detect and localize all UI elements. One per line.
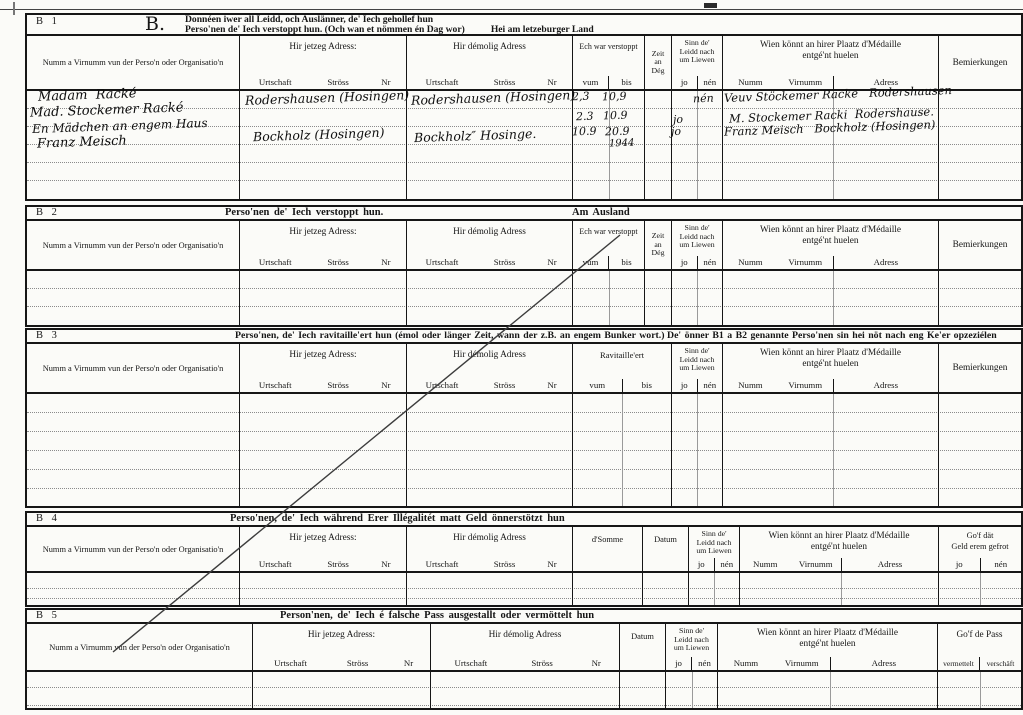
sub-urtschaft: Urtschaft: [240, 379, 310, 392]
hw-bis-row3: 10.9: [603, 110, 628, 122]
sub-stross: Ströss: [310, 379, 365, 392]
sub-vum: vum: [573, 76, 608, 89]
hw-name-row4: Franz Meisch: [37, 134, 127, 150]
col-medal-recipient: Wien könnt an hirer Plaatz d'Médailleent…: [722, 221, 938, 269]
title-line-2: Perso'nen de' Iech verstoppt hun. (Och w…: [185, 25, 594, 35]
sub-numm: Numm: [740, 558, 790, 571]
section-b2: B 2 Perso'nen de' Iech verstoppt hun. Am…: [25, 205, 1023, 327]
col-medal-recipient: Wien könnt an hirer Plaatz d'Médailleent…: [739, 527, 938, 571]
section-id: B 2: [36, 207, 60, 218]
section-b1: B 1 B. Donnéen iwer all Leidd, och Auslä…: [25, 13, 1023, 201]
col-zeit-an-deg: ZeitanDég: [644, 221, 671, 269]
col-money-asked-back: Go'f dätGeld erem gefrot jonén: [938, 527, 1021, 571]
sub-virnumm: Virnumm: [774, 657, 830, 670]
col-still-alive: Sinn de'Leidd nachum Liewen jonén: [671, 221, 722, 269]
sub-nr: Nr: [366, 558, 406, 571]
sub-stross: Ströss: [477, 76, 532, 89]
sub-jo: jo: [672, 379, 697, 392]
hw-year-row4: 1944: [609, 139, 635, 150]
col-still-alive: Sinn de'Leidd nachum Liewen jonén: [665, 624, 717, 670]
section-b5-body: [27, 672, 1021, 708]
sub-urtschaft: Urtschaft: [240, 76, 310, 89]
section-title: Person'nen, de' Iech é falsche Pass ausg…: [280, 610, 594, 621]
sub-jo: jo: [672, 256, 697, 269]
hw-vum-row1: 2,3: [572, 91, 590, 103]
sub-vermettelt: vermettelt: [938, 657, 979, 670]
sub-stross: Ströss: [310, 256, 365, 269]
sub-numm: Numm: [723, 256, 778, 269]
col-still-alive: Sinn de'Leidd nachum Liewen jonén: [671, 36, 722, 89]
hw-jo-row3: jo: [673, 114, 683, 125]
sub-nr: Nr: [366, 379, 406, 392]
section-b5-title-band: B 5 Person'nen, de' Iech é falsche Pass …: [27, 610, 1021, 624]
body-column-grid: [27, 394, 1021, 506]
section-id: B 5: [36, 610, 60, 621]
hw-nen-row1: nén: [693, 93, 714, 105]
col-remarks: Bemierkungen: [938, 344, 1021, 392]
sub-nr: Nr: [532, 379, 572, 392]
hw-bis-row1: 10,9: [602, 91, 627, 103]
sub-urtschaft: Urtschaft: [407, 558, 477, 571]
section-b5-column-headers: Numm a Virnumm vun der Perso'n oder Orga…: [27, 624, 1021, 672]
sub-nen: nén: [980, 558, 1022, 571]
sub-nen: nén: [691, 657, 717, 670]
sub-adress: Adress: [841, 558, 938, 571]
sub-virnumm: Virnumm: [778, 256, 833, 269]
col-former-address: Hir démolig Adress UrtschaftStrössNr: [406, 527, 572, 571]
section-b2-body: [27, 271, 1021, 325]
sub-urtschaft: Urtschaft: [431, 657, 511, 670]
sub-stross: Ströss: [310, 558, 365, 571]
body-column-grid: [27, 573, 1021, 605]
sub-nen: nén: [714, 558, 740, 571]
sub-numm: Numm: [723, 76, 778, 89]
section-title: Perso'nen de' Iech verstoppt hun.: [225, 207, 383, 218]
sub-adress: Adress: [830, 657, 937, 670]
section-title: Perso'nen, de' Iech ravitaille'ert hun (…: [235, 330, 665, 341]
col-name: Numm a Virnumm vun der Perso'n oder Orga…: [27, 221, 239, 269]
col-current-address: Hir jetzeg Adress: UrtschaftStrössNr: [239, 221, 406, 269]
col-remarks: Bemierkungen: [938, 36, 1021, 89]
sub-virnumm: Virnumm: [790, 558, 840, 571]
col-current-address: Hir jetzeg Adress: UrtschaftStrössNr: [239, 344, 406, 392]
col-name: Numm a Virnumm vun der Perso'n oder Orga…: [27, 344, 239, 392]
sub-numm: Numm: [718, 657, 774, 670]
sub-nen: nén: [697, 379, 723, 392]
sub-stross: Ströss: [328, 657, 387, 670]
sub-urtschaft: Urtschaft: [240, 256, 310, 269]
section-id: B 3: [36, 330, 60, 341]
sub-numm: Numm: [723, 379, 778, 392]
sub-bis: bis: [622, 379, 672, 392]
section-letter: B.: [145, 13, 165, 35]
col-current-address: Hir jetzeg Adress: UrtschaftStrössNr: [239, 36, 406, 89]
col-hidden-period: Ech war verstoppt vumbis: [572, 36, 644, 89]
sub-nr: Nr: [532, 256, 572, 269]
col-name: Numm a Virnumm vun der Perso'n oder Orga…: [27, 527, 239, 571]
sub-adress: Adress: [833, 256, 938, 269]
scanned-form-page: B 1 B. Donnéen iwer all Leidd, och Auslä…: [0, 0, 1023, 715]
sub-stross: Ströss: [310, 76, 365, 89]
sub-verschaft: verschäft: [979, 657, 1021, 670]
section-b2-column-headers: Numm a Virnumm vun der Perso'n oder Orga…: [27, 221, 1021, 271]
col-name: Numm a Virnumm vun der Perso'n oder Orga…: [27, 624, 252, 670]
hw-bis-row4: 20.9: [605, 126, 630, 138]
sub-nr: Nr: [573, 657, 619, 670]
sub-bis: bis: [608, 256, 644, 269]
section-b3-title-band: B 3 Perso'nen, de' Iech ravitaille'ert h…: [27, 330, 1021, 344]
col-zeit-an-deg: ZeitanDég: [644, 36, 671, 89]
section-b2-title-band: B 2 Perso'nen de' Iech verstoppt hun. Am…: [27, 207, 1021, 221]
section-title-2: De' önner B1 a B2 genannte Perso'nen sin…: [667, 330, 997, 341]
col-supplied-period: Ravitaille'ert vumbis: [572, 344, 671, 392]
col-current-address: Hir jetzeg Adress: UrtschaftStrössNr: [239, 527, 406, 571]
section-b4: B 4 Perso'nen, de' Iech während Erer Ill…: [25, 511, 1023, 607]
section-b4-column-headers: Numm a Virnumm vun der Perso'n oder Orga…: [27, 527, 1021, 573]
sub-virnumm: Virnumm: [778, 379, 833, 392]
col-former-address: Hir démolig Adress UrtschaftStrössNr: [406, 36, 572, 89]
sub-stross: Ströss: [477, 558, 532, 571]
hw-vum-row4: 10.9: [572, 126, 597, 138]
sub-vum: vum: [573, 379, 622, 392]
section-b4-title-band: B 4 Perso'nen, de' Iech während Erer Ill…: [27, 513, 1021, 527]
col-date: Datum: [642, 527, 688, 571]
sub-nen: nén: [697, 256, 723, 269]
sub-urtschaft: Urtschaft: [407, 379, 477, 392]
section-id: B 4: [36, 513, 60, 524]
section-subtitle: Am Ausland: [572, 207, 630, 218]
section-b5: B 5 Person'nen, de' Iech é falsche Pass …: [25, 608, 1023, 710]
col-name: Numm a Virnumm vun der Perso'n oder Orga…: [27, 36, 239, 89]
sub-urtschaft: Urtschaft: [253, 657, 328, 670]
section-b1-column-headers: Numm a Virnumm vun der Perso'n oder Orga…: [27, 36, 1021, 91]
col-former-address: Hir démolig Adress UrtschaftStrössNr: [430, 624, 619, 670]
body-column-grid: [27, 271, 1021, 325]
sub-nen: nén: [697, 76, 723, 89]
section-b4-body: [27, 573, 1021, 605]
col-former-address: Hir démolig Adress UrtschaftStrössNr: [406, 344, 572, 392]
title-suffix: Hei am letzeburger Land: [491, 24, 594, 35]
section-b1-title-band: B 1 B. Donnéen iwer all Leidd, och Auslä…: [27, 15, 1021, 36]
hw-vum-row3: 2.3: [576, 111, 594, 123]
hw-name-row1: Madam Racké: [38, 87, 137, 103]
col-remarks: Bemierkungen: [938, 221, 1021, 269]
sub-stross: Ströss: [511, 657, 574, 670]
sub-jo: jo: [672, 76, 697, 89]
section-title: Perso'nen, de' Iech während Erer Illégal…: [230, 513, 565, 524]
sub-vum: vum: [573, 256, 608, 269]
scan-artifact: [13, 2, 15, 15]
sub-jo: jo: [689, 558, 714, 571]
sub-stross: Ströss: [477, 379, 532, 392]
col-hidden-period: Ech war verstoppt vumbis: [572, 221, 644, 269]
col-still-alive: Sinn de'Leidd nachum Liewen jonén: [688, 527, 739, 571]
sub-nr: Nr: [532, 558, 572, 571]
col-former-address: Hir démolig Adress UrtschaftStrössNr: [406, 221, 572, 269]
sub-jo: jo: [666, 657, 691, 670]
body-column-grid: [27, 672, 1021, 708]
section-b3-body: [27, 394, 1021, 506]
title-line-2-text: Perso'nen de' Iech verstoppt hun. (Och w…: [185, 24, 465, 35]
sub-bis: bis: [608, 76, 644, 89]
section-b3-column-headers: Numm a Virnumm vun der Perso'n oder Orga…: [27, 344, 1021, 394]
col-medal-recipient: Wien könnt an hirer Plaatz d'Médailleent…: [722, 36, 938, 89]
sub-adress: Adress: [833, 379, 938, 392]
col-pass-provided: Go'f de Pass vermetteltverschäft: [937, 624, 1021, 670]
col-still-alive: Sinn de'Leidd nachum Liewen jonén: [671, 344, 722, 392]
page-top-rule: [0, 9, 1023, 10]
sub-urtschaft: Urtschaft: [407, 76, 477, 89]
sub-stross: Ströss: [477, 256, 532, 269]
col-medal-recipient: Wien könnt an hirer Plaatz d'Médailleent…: [717, 624, 937, 670]
col-current-address: Hir jetzeg Adress: UrtschaftStrössNr: [252, 624, 430, 670]
section-title: Donnéen iwer all Leidd, och Auslänner, d…: [185, 15, 594, 34]
col-medal-recipient: Wien könnt an hirer Plaatz d'Médailleent…: [722, 344, 938, 392]
hw-jo-row4: jo: [671, 126, 681, 137]
sub-urtschaft: Urtschaft: [407, 256, 477, 269]
col-date: Datum: [619, 624, 665, 670]
section-b3: B 3 Perso'nen, de' Iech ravitaille'ert h…: [25, 328, 1023, 508]
sub-nr: Nr: [366, 256, 406, 269]
sub-jo: jo: [939, 558, 980, 571]
section-id: B 1: [36, 16, 60, 27]
sub-nr: Nr: [387, 657, 430, 670]
sub-urtschaft: Urtschaft: [240, 558, 310, 571]
col-amount: d'Somme: [572, 527, 642, 571]
scan-artifact: [704, 3, 717, 8]
